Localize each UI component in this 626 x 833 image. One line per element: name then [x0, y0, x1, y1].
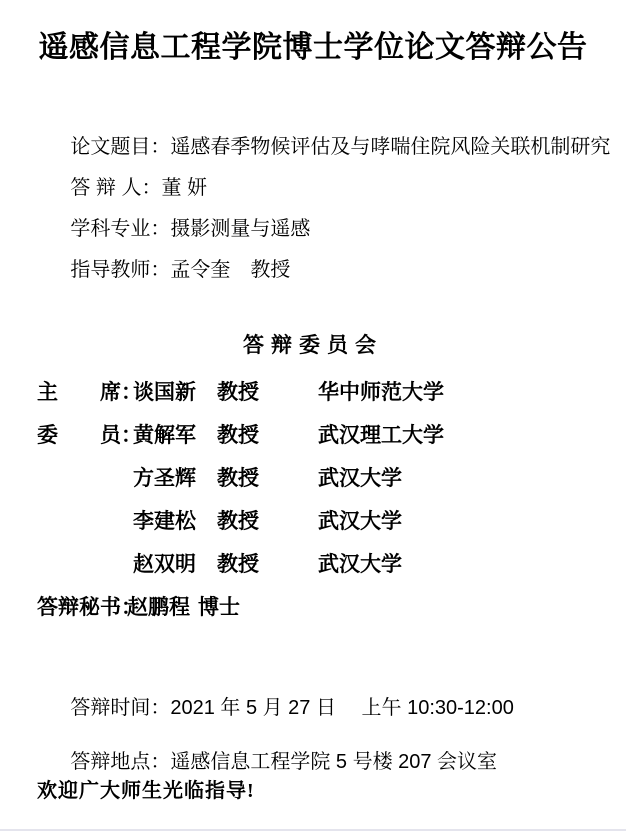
committee-role-label: 委 员： — [37, 425, 142, 446]
committee-member-row: 李建松 教授 武汉大学 — [37, 511, 589, 532]
defense-location-label: 答辩地点： — [70, 751, 170, 773]
page-title: 遥感信息工程学院博士学位论文答辩公告 — [37, 27, 589, 69]
candidate-name: 董 妍 — [161, 177, 207, 199]
committee-role-label: 主 席： — [37, 382, 142, 403]
candidate-row: 答 辩 人：董 妍 — [37, 158, 589, 178]
advisor-row: 指导教师：孟令奎 教授 — [37, 240, 589, 260]
secretary-name: 赵鹏程 — [127, 597, 190, 618]
committee-chair-row: 主 席： 谈国新 教授 华中师范大学 — [37, 382, 589, 403]
major-label: 学科专业： — [70, 218, 170, 240]
thesis-title-value: 遥感春季物候评估及与哮喘住院风险关联机制研究 — [170, 136, 610, 158]
major-value: 摄影测量与遥感 — [170, 218, 310, 240]
committee-member-affiliation: 武汉理工大学 — [318, 425, 444, 446]
committee-member-affiliation: 武汉大学 — [318, 511, 402, 532]
secretary-row: 答辩秘书： 赵鹏程 博士 — [37, 597, 589, 618]
committee-member-affiliation: 武汉大学 — [318, 554, 402, 575]
thesis-title-row: 论文题目：遥感春季物候评估及与哮喘住院风险关联机制研究 — [37, 117, 589, 137]
committee-member-title: 教授 — [217, 425, 259, 446]
committee-member-title: 教授 — [217, 382, 259, 403]
page-bottom-divider — [0, 829, 626, 831]
committee-member-row: 赵双明 教授 武汉大学 — [37, 554, 589, 575]
advisor-name: 孟令奎 教授 — [170, 259, 290, 281]
major-row: 学科专业：摄影测量与遥感 — [37, 199, 589, 219]
secretary-title: 博士 — [198, 597, 240, 618]
defense-time-value: 2021 年 5 月 27 日 上午 10:30-12:00 — [170, 697, 514, 719]
committee-member-row: 方圣辉 教授 武汉大学 — [37, 468, 589, 489]
schedule-section: 答辩时间：2021 年 5 月 27 日 上午 10:30-12:00 答辩地点… — [37, 618, 589, 752]
committee-member-title: 教授 — [217, 468, 259, 489]
committee-member-title: 教授 — [217, 554, 259, 575]
committee-member-affiliation: 武汉大学 — [318, 468, 402, 489]
committee-member-affiliation: 华中师范大学 — [318, 382, 444, 403]
defense-time-row: 答辩时间：2021 年 5 月 27 日 上午 10:30-12:00 — [37, 678, 589, 698]
committee-heading: 答辩委员会 — [37, 335, 589, 356]
committee-member-name: 谈国新 — [133, 382, 196, 403]
committee-member-name: 李建松 — [133, 511, 196, 532]
defense-announcement-document: 遥感信息工程学院博士学位论文答辩公告 论文题目：遥感春季物候评估及与哮喘住院风险… — [0, 0, 626, 833]
committee-section: 答辩委员会 主 席： 谈国新 教授 华中师范大学 委 员： 黄解军 教授 武汉理… — [37, 260, 589, 618]
thesis-info-section: 论文题目：遥感春季物候评估及与哮喘住院风险关联机制研究 答 辩 人：董 妍 学科… — [37, 117, 589, 260]
committee-member-row: 委 员： 黄解军 教授 武汉理工大学 — [37, 425, 589, 446]
thesis-title-label: 论文题目： — [70, 136, 170, 158]
defense-location-value: 遥感信息工程学院 5 号楼 207 会议室 — [170, 751, 497, 773]
defense-time-label: 答辩时间： — [70, 697, 170, 719]
welcome-message: 欢迎广大师生光临指导! — [37, 780, 589, 802]
committee-member-name: 黄解军 — [133, 425, 196, 446]
committee-member-title: 教授 — [217, 511, 259, 532]
advisor-label: 指导教师： — [70, 259, 170, 281]
defense-location-row: 答辩地点：遥感信息工程学院 5 号楼 207 会议室 — [37, 732, 589, 752]
committee-member-name: 方圣辉 — [133, 468, 196, 489]
committee-member-name: 赵双明 — [133, 554, 196, 575]
candidate-label: 答 辩 人： — [70, 177, 161, 199]
